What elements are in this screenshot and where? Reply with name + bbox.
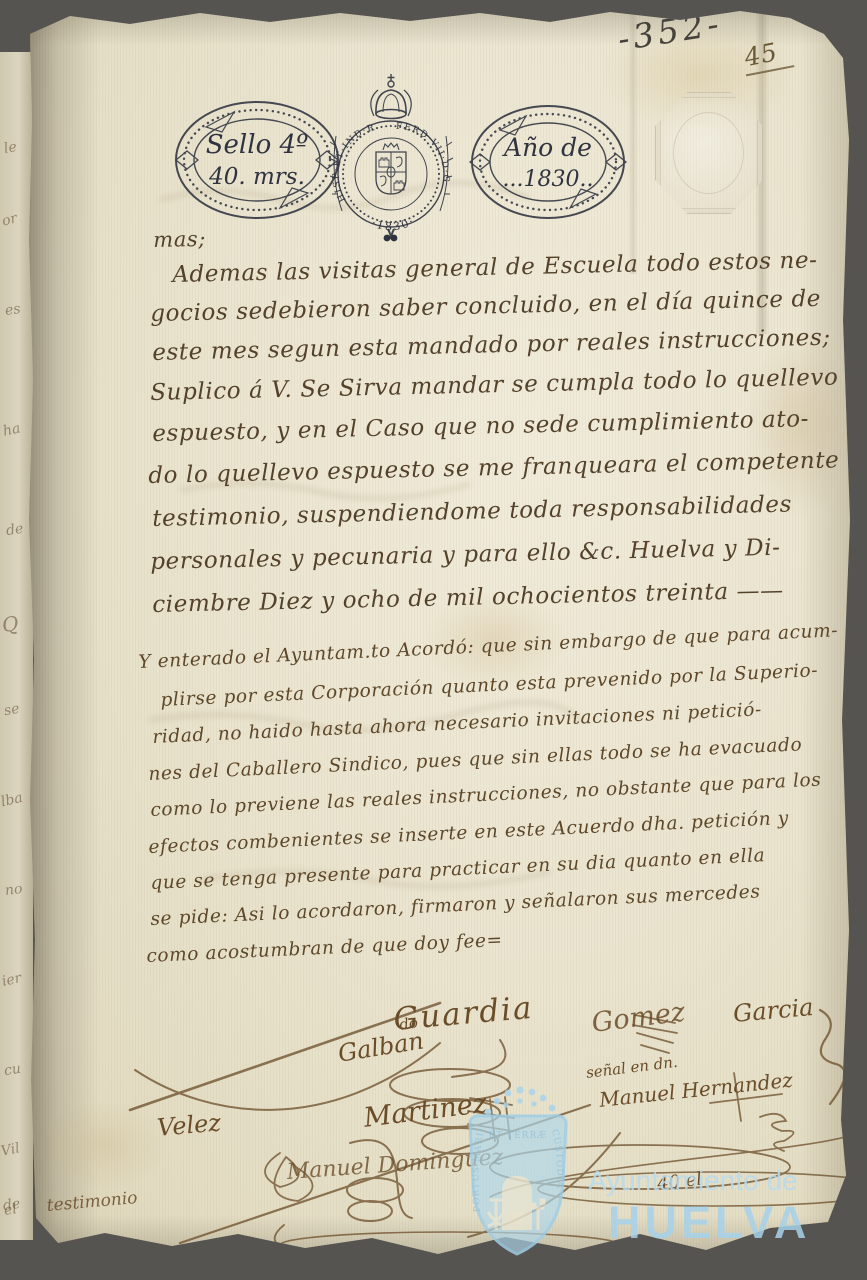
previous-page-fragment: de xyxy=(5,521,25,540)
watermark-motto-left: PORTUS MARIS xyxy=(440,1082,486,1212)
svg-text:PORTUS MARIS: PORTUS MARIS xyxy=(440,1082,486,1212)
previous-page-fragment: lba xyxy=(0,790,24,810)
stamp-legend-year: ·1830· xyxy=(370,214,418,233)
royal-seal-stamp: HISP·ET·IND·R FERD·VII·D·G ·1830· xyxy=(328,66,454,246)
previous-page-fragment: ier xyxy=(1,970,23,990)
manuscript-line: mas; xyxy=(153,227,206,252)
previous-page-fragment: no xyxy=(4,881,23,899)
previous-page-fragment: Q xyxy=(1,611,20,637)
archive-watermark: PORTUS MARIS ET TERRÆ CUSTODIA Ayuntamie… xyxy=(440,1082,867,1280)
previous-page-fragment: de xyxy=(2,1196,21,1214)
binding-gutter-shadow xyxy=(29,0,99,1280)
watermark-org-line2: HUELVA xyxy=(608,1197,810,1248)
signature-velez: Velez xyxy=(156,1108,222,1141)
year-stamp-right-oval: Año de ...1830.. xyxy=(468,102,628,222)
svg-text:FERD·VII·D·G: FERD·VII·D·G xyxy=(396,122,451,184)
stamp-year-value: ...1830.. xyxy=(503,167,594,192)
stamp-denomination-value: 40. mrs. xyxy=(208,164,305,190)
previous-page-fragment: es xyxy=(4,301,22,319)
previous-page-fragment: ha xyxy=(2,420,22,439)
stamp-legend-right: FERD·VII·D·G xyxy=(396,122,451,184)
svg-text:·1830·: ·1830· xyxy=(370,214,418,233)
stamp-year-label: Año de xyxy=(502,133,592,162)
previous-page-fragment: or xyxy=(0,210,19,229)
tax-stamp-left-oval: Sello 4º 40. mrs. xyxy=(172,98,342,223)
previous-page-fragment: Vil xyxy=(0,1140,21,1159)
previous-page-edge: le or es ha de Q se lba no ier cu Vil el… xyxy=(0,52,33,1240)
stamp-denomination-class: Sello 4º xyxy=(206,130,309,160)
scanned-archive-page: { "page": { "folio_number": "-352-", "se… xyxy=(0,0,867,1280)
watermark-org-line1: Ayuntamiento de xyxy=(588,1165,798,1196)
embossed-dry-seal xyxy=(655,92,763,214)
previous-page-fragment: cu xyxy=(3,1061,22,1079)
watermark-motto-top: ET TERRÆ xyxy=(489,1131,548,1141)
previous-page-fragment: le xyxy=(3,139,18,157)
embossed-seal-inner-ring xyxy=(673,112,744,194)
previous-page-fragment: se xyxy=(3,701,21,720)
